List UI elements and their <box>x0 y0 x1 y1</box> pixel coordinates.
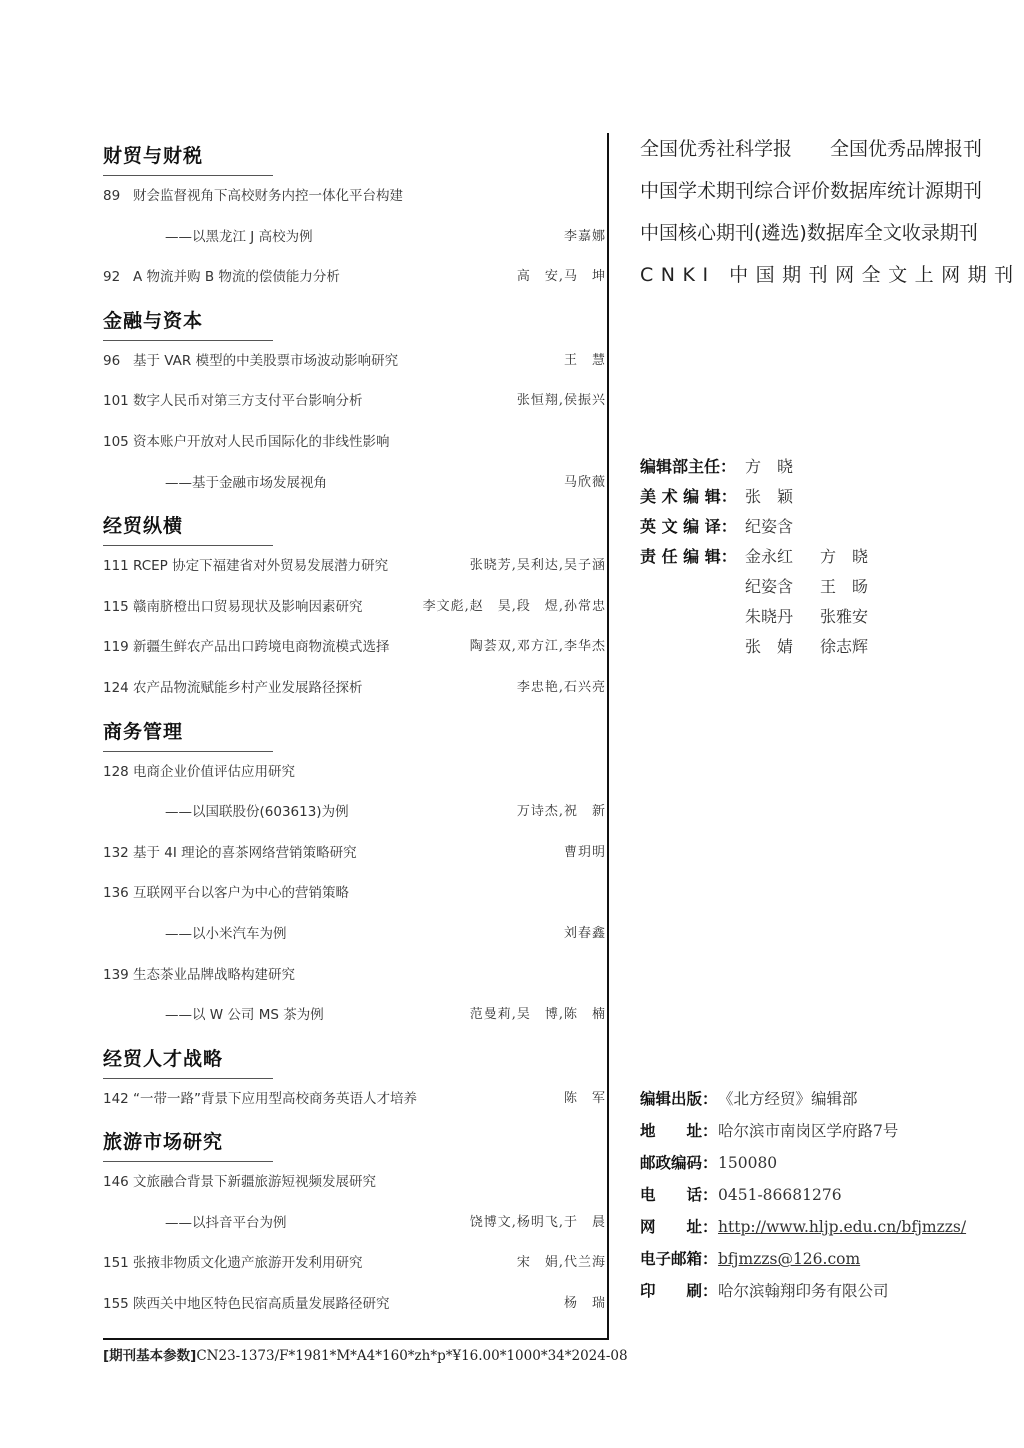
toc-entry[interactable]: 89财会监督视角下高校财务内控一体化平台构建 <box>103 176 608 217</box>
staff-row: 张 婧徐志辉 <box>640 632 895 662</box>
page-number: 119 <box>103 627 133 667</box>
article-author: 曹玥明 <box>564 833 606 873</box>
staff-role: 责 任 编 辑： <box>640 542 745 572</box>
staff-role: 美 术 编 辑： <box>640 482 745 512</box>
honor-line: 中国核心期刊(遴选)数据库全文收录期刊 <box>640 217 940 259</box>
page-number: 101 <box>103 381 133 421</box>
toc-section: 经贸人才战略 142“一带一路”背景下应用型高校商务英语人才培养陈 军 <box>103 1044 608 1120</box>
email-label: 电子邮箱： <box>640 1243 718 1275</box>
phone-label: 电 话： <box>640 1179 718 1211</box>
publisher-label: 编辑出版： <box>640 1083 718 1115</box>
article-subtitle: ——以国联股份(603613)为例 <box>103 804 349 820</box>
address-row: 地 址：哈尔滨市南岗区学府路7号 <box>640 1115 966 1147</box>
article-title: 生态茶业品牌战略构建研究 <box>133 967 295 983</box>
email-link[interactable]: bfjmzzs@126.com <box>718 1250 860 1268</box>
article-title: 数字人民币对第三方支付平台影响分析 <box>133 393 363 409</box>
editorial-staff: 编辑部主任：方 晓 美 术 编 辑：张 颖 英 文 编 译：纪姿含 责 任 编 … <box>640 452 895 662</box>
honor-line: 中国学术期刊综合评价数据库统计源期刊 <box>640 175 940 217</box>
page-number: 139 <box>103 955 133 995</box>
article-title: 陕西关中地区特色民宿高质量发展路径研究 <box>133 1296 390 1312</box>
parameters-value: CN23-1373/F*1981*M*A4*160*zh*p*¥16.00*10… <box>196 1348 627 1364</box>
article-title: 资本账户开放对人民币国际化的非线性影响 <box>133 434 390 450</box>
toc-entry-subtitle[interactable]: ——以国联股份(603613)为例万诗杰,祝 新 <box>103 792 608 833</box>
article-author: 万诗杰,祝 新 <box>517 792 606 832</box>
article-subtitle: ——以 W 公司 MS 茶为例 <box>103 1007 324 1023</box>
section-title: 经贸人才战略 <box>103 1044 608 1074</box>
toc-entry[interactable]: 139生态茶业品牌战略构建研究 <box>103 955 608 996</box>
toc-section: 经贸纵横 111RCEP 协定下福建省对外贸易发展潜力研究张晓芳,吴利达,吴子涵… <box>103 511 608 708</box>
page-number: 111 <box>103 546 133 586</box>
article-title: 张掖非物质文化遗产旅游开发利用研究 <box>133 1255 363 1271</box>
page-number: 124 <box>103 668 133 708</box>
page-number: 146 <box>103 1162 133 1202</box>
article-author: 张恒翔,侯振兴 <box>517 381 606 421</box>
toc-section: 旅游市场研究 146文旅融合背景下新疆旅游短视频发展研究 ——以抖音平台为例饶博… <box>103 1127 608 1324</box>
staff-row: 朱晓丹张雅安 <box>640 602 895 632</box>
article-title: 农产品物流赋能乡村产业发展路径探析 <box>133 680 363 696</box>
article-title: “一带一路”背景下应用型高校商务英语人才培养 <box>133 1091 417 1107</box>
article-title: 财会监督视角下高校财务内控一体化平台构建 <box>133 188 403 204</box>
website-link[interactable]: http://www.hljp.edu.cn/bfjmzzs/ <box>718 1218 966 1236</box>
staff-name: 金永红 <box>745 542 820 572</box>
toc-entry[interactable]: 119新疆生鲜农产品出口跨境电商物流模式选择陶荟双,邓方江,李华杰 <box>103 627 608 668</box>
article-author: 宋 娟,代兰海 <box>517 1243 606 1283</box>
staff-role: 编辑部主任： <box>640 452 745 482</box>
toc-entry[interactable]: 101数字人民币对第三方支付平台影响分析张恒翔,侯振兴 <box>103 381 608 422</box>
toc-entry[interactable]: 155陕西关中地区特色民宿高质量发展路径研究杨 瑞 <box>103 1284 608 1325</box>
address-label: 地 址： <box>640 1115 718 1147</box>
staff-name: 张雅安 <box>820 602 895 632</box>
table-of-contents: 财贸与财税 89财会监督视角下高校财务内控一体化平台构建 ——以黑龙江 J 高校… <box>103 133 608 1325</box>
staff-name: 张 颖 <box>745 482 820 512</box>
article-title: 基于 4I 理论的喜茶网络营销策略研究 <box>133 845 357 861</box>
article-author: 李忠艳,石兴亮 <box>517 668 606 708</box>
phone-value: 0451-86681276 <box>718 1186 842 1204</box>
page-number: 92 <box>103 257 133 297</box>
staff-row: 美 术 编 辑：张 颖 <box>640 482 895 512</box>
toc-section: 金融与资本 96基于 VAR 模型的中美股票市场波动影响研究王 慧 101数字人… <box>103 306 608 503</box>
page-number: 128 <box>103 752 133 792</box>
staff-name: 纪姿含 <box>745 512 820 542</box>
staff-row: 纪姿含王 旸 <box>640 572 895 602</box>
page-number: 89 <box>103 176 133 216</box>
staff-row: 英 文 编 译：纪姿含 <box>640 512 895 542</box>
article-author: 李文彪,赵 昊,段 煜,孙常忠 <box>423 587 606 627</box>
article-title: RCEP 协定下福建省对外贸易发展潜力研究 <box>133 558 388 574</box>
staff-name: 王 旸 <box>820 572 895 602</box>
email-row: 电子邮箱：bfjmzzs@126.com <box>640 1243 966 1275</box>
printer-value: 哈尔滨翰翔印务有限公司 <box>718 1282 889 1300</box>
staff-row: 编辑部主任：方 晓 <box>640 452 895 482</box>
column-divider <box>607 133 609 1339</box>
postcode-label: 邮政编码： <box>640 1147 718 1179</box>
article-author: 杨 瑞 <box>564 1284 606 1324</box>
staff-row: 责 任 编 辑：金永红方 晓 <box>640 542 895 572</box>
journal-parameters: [期刊基本参数]CN23-1373/F*1981*M*A4*160*zh*p*¥… <box>103 1344 628 1364</box>
toc-entry[interactable]: 111RCEP 协定下福建省对外贸易发展潜力研究张晓芳,吴利达,吴子涵 <box>103 546 608 587</box>
staff-name: 朱晓丹 <box>745 602 820 632</box>
page-number: 115 <box>103 587 133 627</box>
staff-name: 纪姿含 <box>745 572 820 602</box>
article-author: 陶荟双,邓方江,李华杰 <box>470 627 606 667</box>
article-subtitle: ——以小米汽车为例 <box>103 926 287 942</box>
section-title: 旅游市场研究 <box>103 1127 608 1157</box>
staff-name: 张 婧 <box>745 632 820 662</box>
toc-entry-subtitle[interactable]: ——以 W 公司 MS 茶为例范曼莉,吴 博,陈 楠 <box>103 995 608 1036</box>
toc-entry[interactable]: 92A 物流并购 B 物流的偿债能力分析高 安,马 坤 <box>103 257 608 298</box>
toc-entry[interactable]: 136互联网平台以客户为中心的营销策略 <box>103 873 608 914</box>
toc-entry-subtitle[interactable]: ——以黑龙江 J 高校为例李嘉娜 <box>103 217 608 258</box>
staff-name: 徐志辉 <box>820 632 895 662</box>
toc-entry[interactable]: 142“一带一路”背景下应用型高校商务英语人才培养陈 军 <box>103 1079 608 1120</box>
section-title: 经贸纵横 <box>103 511 608 541</box>
article-title: 电商企业价值评估应用研究 <box>133 764 295 780</box>
toc-entry[interactable]: 128电商企业价值评估应用研究 <box>103 752 608 793</box>
page-number: 151 <box>103 1243 133 1283</box>
staff-name: 方 晓 <box>820 542 895 572</box>
page-number: 132 <box>103 833 133 873</box>
toc-entry[interactable]: 115赣南脐橙出口贸易现状及影响因素研究李文彪,赵 昊,段 煜,孙常忠 <box>103 587 608 628</box>
page-number: 105 <box>103 422 133 462</box>
article-subtitle: ——以黑龙江 J 高校为例 <box>103 229 313 245</box>
toc-section: 商务管理 128电商企业价值评估应用研究 ——以国联股份(603613)为例万诗… <box>103 717 608 1036</box>
article-title: 新疆生鲜农产品出口跨境电商物流模式选择 <box>133 639 390 655</box>
section-title: 商务管理 <box>103 717 608 747</box>
printer-row: 印 刷：哈尔滨翰翔印务有限公司 <box>640 1275 966 1307</box>
section-title: 财贸与财税 <box>103 141 608 171</box>
printer-label: 印 刷： <box>640 1275 718 1307</box>
article-author: 饶博文,杨明飞,于 晨 <box>470 1203 606 1243</box>
article-title: 互联网平台以客户为中心的营销策略 <box>133 885 349 901</box>
toc-entry-subtitle[interactable]: ——基于金融市场发展视角马欣薇 <box>103 463 608 504</box>
article-author: 张晓芳,吴利达,吴子涵 <box>470 546 606 586</box>
parameters-label: [期刊基本参数] <box>103 1348 196 1364</box>
article-author: 李嘉娜 <box>564 217 606 257</box>
page-number: 142 <box>103 1079 133 1119</box>
website-label: 网 址： <box>640 1211 718 1243</box>
staff-role: 英 文 编 译： <box>640 512 745 542</box>
page-number: 96 <box>103 341 133 381</box>
toc-entry[interactable]: 124农产品物流赋能乡村产业发展路径探析李忠艳,石兴亮 <box>103 668 608 709</box>
website-row: 网 址：http://www.hljp.edu.cn/bfjmzzs/ <box>640 1211 966 1243</box>
honor-line: CNKI 中国期刊网全文上网期刊 <box>640 259 940 301</box>
honor-line: 全国优秀社科学报 全国优秀品牌报刊 <box>640 133 940 175</box>
article-author: 陈 军 <box>564 1079 606 1119</box>
article-title: 文旅融合背景下新疆旅游短视频发展研究 <box>133 1174 376 1190</box>
toc-section: 财贸与财税 89财会监督视角下高校财务内控一体化平台构建 ——以黑龙江 J 高校… <box>103 141 608 298</box>
toc-entry[interactable]: 105资本账户开放对人民币国际化的非线性影响 <box>103 422 608 463</box>
toc-entry-subtitle[interactable]: ——以小米汽车为例刘春鑫 <box>103 914 608 955</box>
toc-entry-subtitle[interactable]: ——以抖音平台为例饶博文,杨明飞,于 晨 <box>103 1203 608 1244</box>
phone-row: 电 话：0451-86681276 <box>640 1179 966 1211</box>
article-subtitle: ——以抖音平台为例 <box>103 1215 287 1231</box>
article-author: 马欣薇 <box>564 463 606 503</box>
publisher-info: 编辑出版：《北方经贸》编辑部 地 址：哈尔滨市南岗区学府路7号 邮政编码：150… <box>640 1083 966 1307</box>
toc-entry[interactable]: 151张掖非物质文化遗产旅游开发利用研究宋 娟,代兰海 <box>103 1243 608 1284</box>
article-title: A 物流并购 B 物流的偿债能力分析 <box>133 269 340 285</box>
postcode-value: 150080 <box>718 1154 777 1172</box>
staff-name: 方 晓 <box>745 452 820 482</box>
toc-entry[interactable]: 132基于 4I 理论的喜茶网络营销策略研究曹玥明 <box>103 833 608 874</box>
address-value: 哈尔滨市南岗区学府路7号 <box>718 1122 898 1140</box>
publisher-value: 《北方经贸》编辑部 <box>718 1090 858 1108</box>
article-author: 刘春鑫 <box>564 914 606 954</box>
article-title: 基于 VAR 模型的中美股票市场波动影响研究 <box>133 353 398 369</box>
article-author: 范曼莉,吴 博,陈 楠 <box>470 995 606 1035</box>
toc-entry[interactable]: 146文旅融合背景下新疆旅游短视频发展研究 <box>103 1162 608 1203</box>
journal-honors: 全国优秀社科学报 全国优秀品牌报刊 中国学术期刊综合评价数据库统计源期刊 中国核… <box>640 133 940 301</box>
page-number: 136 <box>103 873 133 913</box>
article-author: 高 安,马 坤 <box>517 257 606 297</box>
article-author: 王 慧 <box>564 341 606 381</box>
toc-entry[interactable]: 96基于 VAR 模型的中美股票市场波动影响研究王 慧 <box>103 341 608 382</box>
article-subtitle: ——基于金融市场发展视角 <box>103 475 327 491</box>
footer-divider <box>103 1338 609 1340</box>
publisher-row: 编辑出版：《北方经贸》编辑部 <box>640 1083 966 1115</box>
postcode-row: 邮政编码：150080 <box>640 1147 966 1179</box>
page-number: 155 <box>103 1284 133 1324</box>
article-title: 赣南脐橙出口贸易现状及影响因素研究 <box>133 599 363 615</box>
section-title: 金融与资本 <box>103 306 608 336</box>
